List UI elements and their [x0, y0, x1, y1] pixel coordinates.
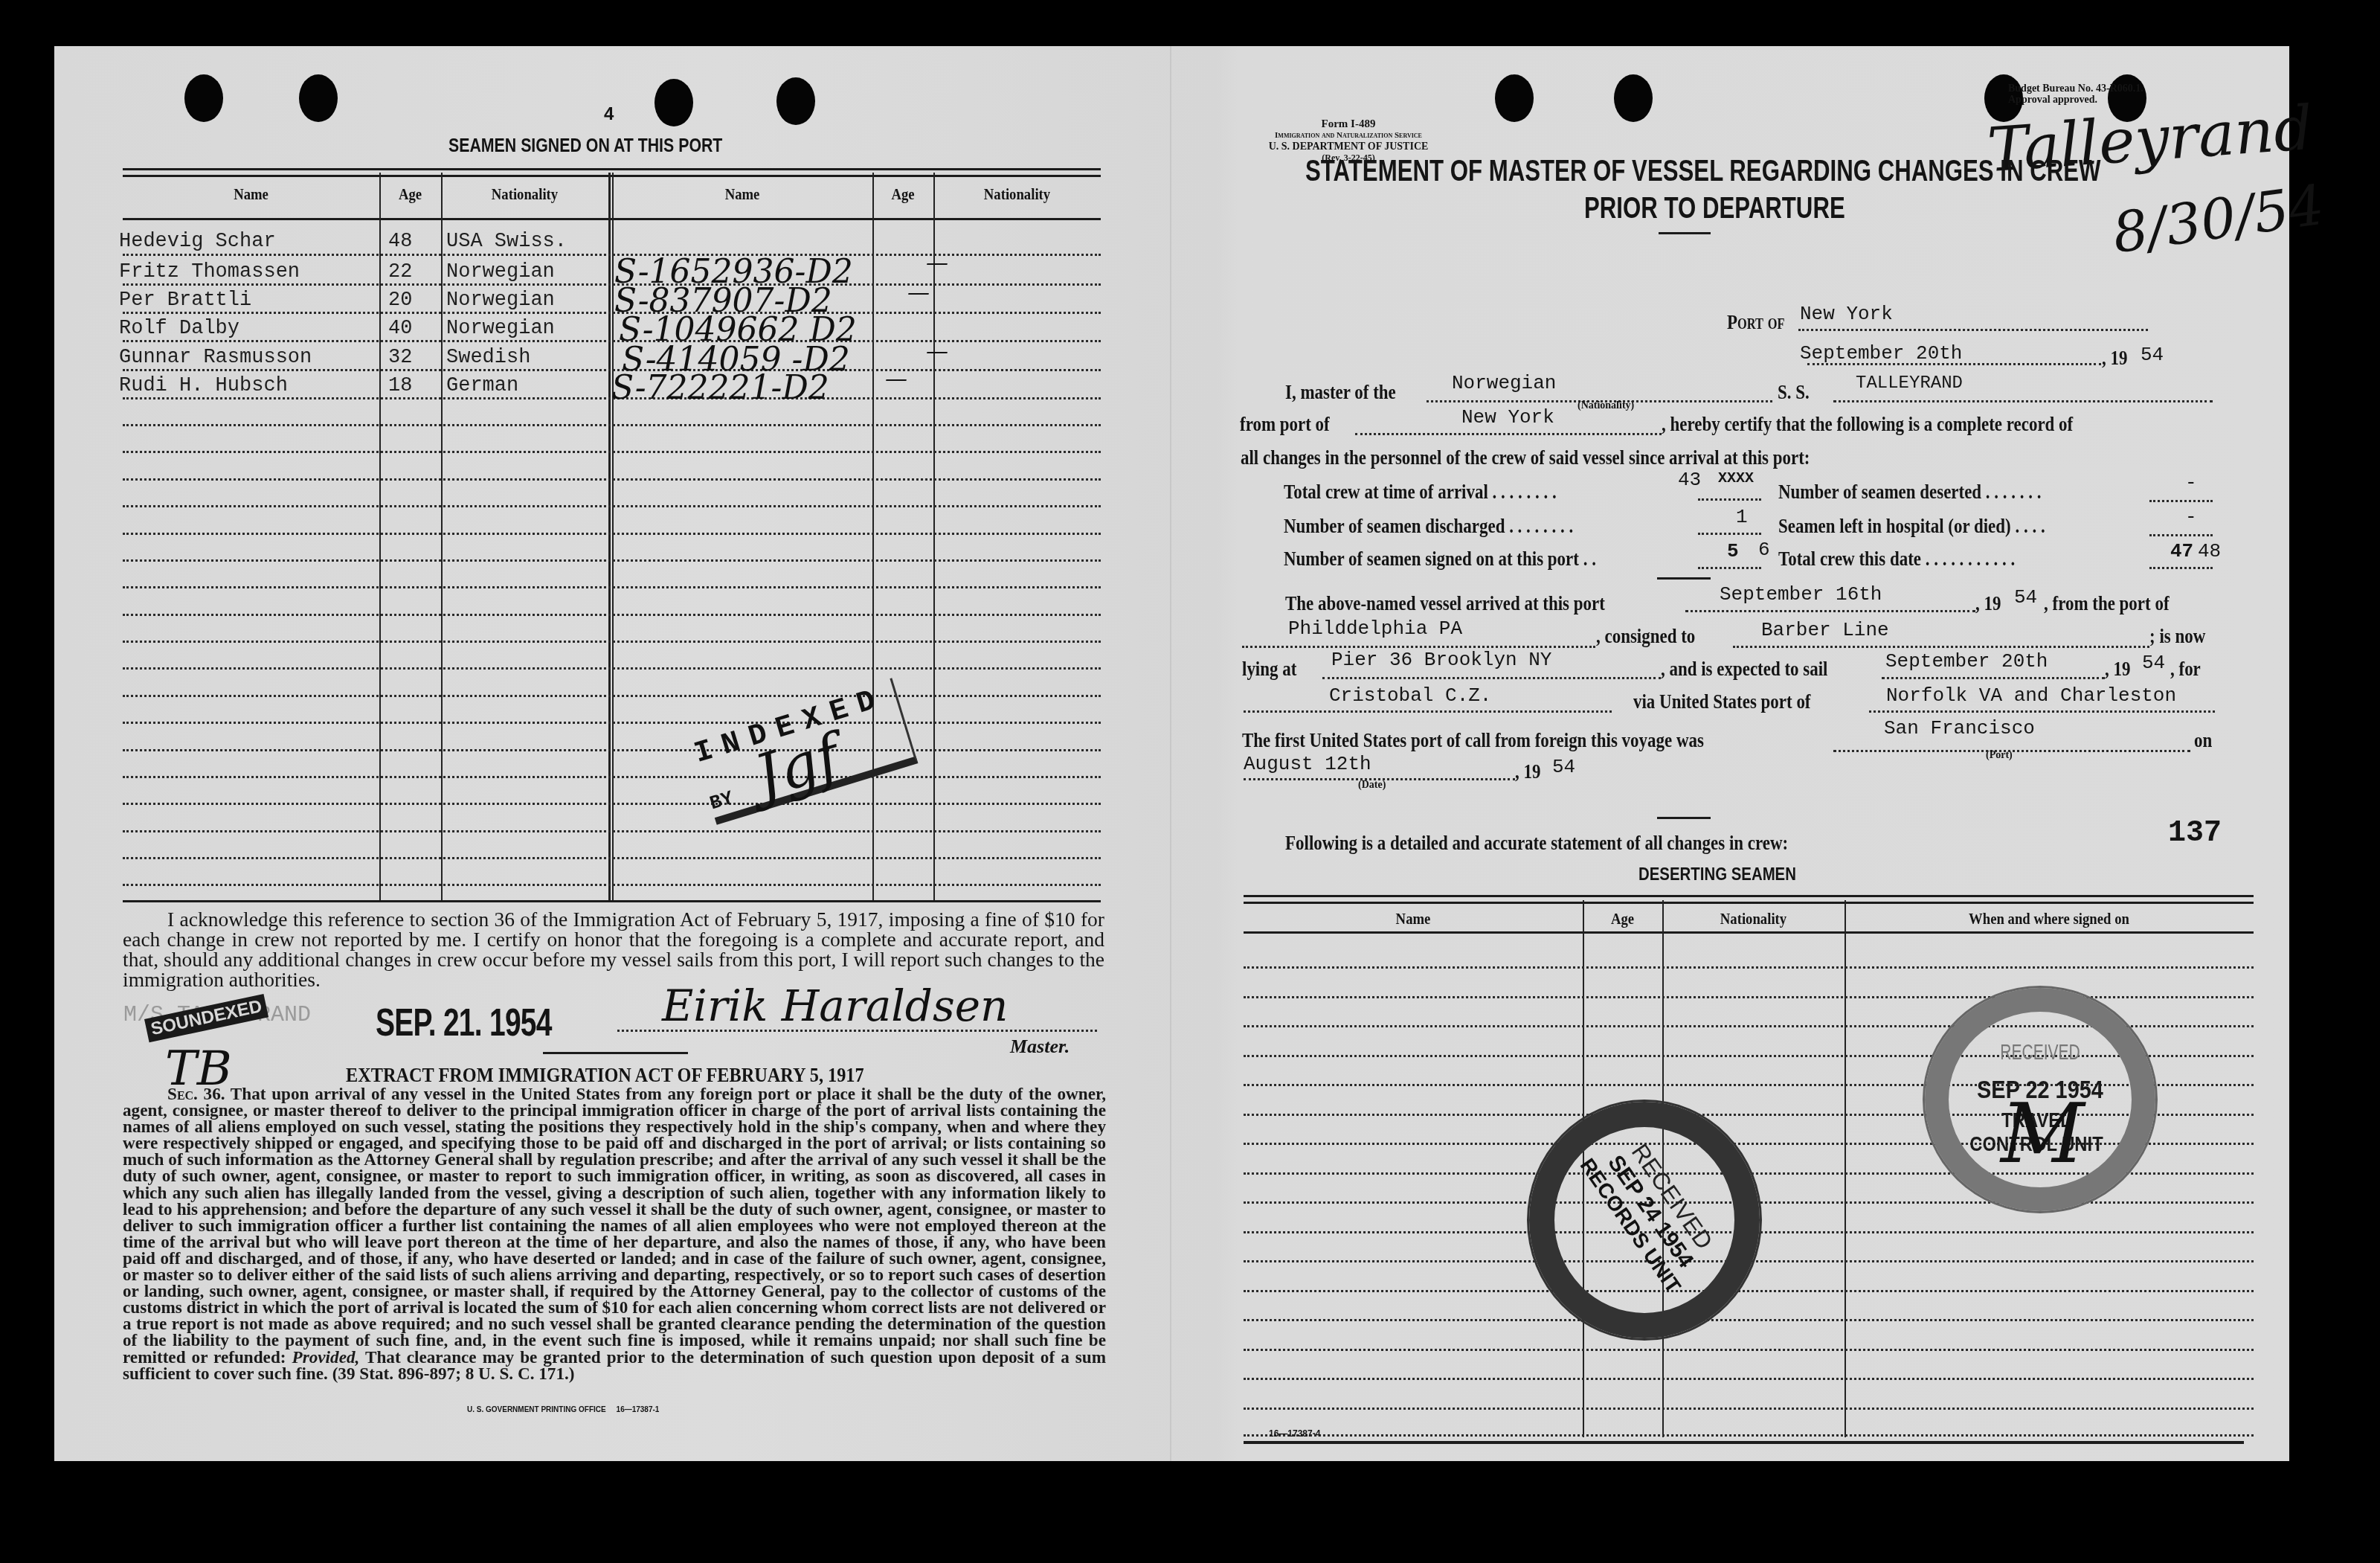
seaman-age: 20	[388, 289, 412, 312]
destination: Cristobal C.Z.	[1329, 684, 1491, 707]
consignee-field	[1733, 646, 2149, 648]
seaman-nationality: Norwegian	[446, 261, 555, 283]
first-port-value: San Francisco	[1884, 717, 2035, 739]
seaman-nationality: Norwegian	[446, 289, 555, 312]
page-fold	[1170, 46, 1171, 1461]
punch-hole	[184, 74, 223, 122]
port-field	[1798, 329, 2148, 331]
seaman-nationality: Norwegian	[446, 318, 555, 340]
column-header-signed-on: When and where signed on	[1875, 909, 2223, 928]
lying-at-label: lying at	[1242, 658, 1296, 681]
ship-name: TALLEYRAND	[1856, 373, 1963, 394]
form-title: STATEMENT OF MASTER OF VESSEL REGARDING …	[1305, 155, 2101, 188]
seaman-name: Hedevig Schar	[119, 231, 276, 253]
vessel-nationality: Norwegian	[1452, 372, 1556, 394]
via-label: via United States port of	[1633, 690, 1811, 714]
statement-date-field	[1807, 363, 2101, 365]
sail-year: 54	[2142, 652, 2165, 674]
discharged-count-field	[1698, 533, 1761, 535]
agency-name: Immigration and Naturalization Service	[1241, 130, 1456, 141]
check-mark-icon: —	[885, 366, 907, 392]
column-header-age: Age	[1589, 909, 1656, 928]
from-port-label: from port of	[1240, 413, 1330, 437]
seaman-age: 32	[388, 347, 412, 369]
seaman-age: 18	[388, 375, 412, 397]
punch-hole	[776, 77, 815, 125]
seaman-nationality: Swedish	[446, 347, 530, 369]
port-label: Port of	[1727, 311, 1785, 335]
master-label: Master.	[1010, 1036, 1070, 1058]
origin-port-field	[1242, 646, 1595, 648]
column-header-name-2: Name	[631, 184, 853, 204]
printer-line: U. S. GOVERNMENT PRINTING OFFICE 16—1738…	[467, 1406, 659, 1414]
arrival-year: 54	[2014, 586, 2037, 609]
seaman-nationality: USA Swiss.	[446, 231, 567, 253]
signed-on-count: 6	[1758, 539, 1770, 561]
deserted-count-label: Number of seamen deserted . . . . . . .	[1778, 481, 2041, 504]
via-port-field	[1869, 710, 2215, 713]
total-count-field	[2149, 567, 2213, 569]
destination-field	[1244, 710, 1612, 713]
total-count: 48	[2198, 540, 2221, 562]
column-header-name: Name	[142, 184, 360, 204]
column-header-name: Name	[1269, 909, 1557, 928]
punch-hole	[1614, 74, 1653, 122]
sail-year-prefix: , 19	[2105, 658, 2130, 681]
from-port-field	[1355, 433, 1662, 435]
seaman-name: Fritz Thomassen	[119, 261, 300, 283]
department-name: U. S. DEPARTMENT OF JUSTICE	[1241, 141, 1456, 153]
is-now-label: ; is now	[2149, 625, 2205, 649]
divider	[1659, 232, 1711, 234]
master-signature: Eirik Haraldsen	[662, 981, 1008, 1031]
nationality-caption: (Nationality)	[1577, 400, 1634, 412]
certify-text: , hereby certify that the following is a…	[1662, 413, 2073, 437]
divider	[1657, 577, 1711, 580]
sail-date: September 20th	[1885, 650, 2048, 673]
column-header-nationality: Nationality	[454, 184, 596, 204]
signed-on-count-struck: 5	[1727, 540, 1739, 562]
lying-at-value: Pier 36 Brooklyn NY	[1331, 649, 1551, 671]
ss-label: S. S.	[1778, 381, 1810, 405]
via-port: Norfolk VA and Charleston	[1886, 684, 2176, 707]
acknowledgement-text: I acknowledge this reference to section …	[123, 909, 1104, 989]
signature-line	[617, 1030, 1097, 1032]
total-count-label: Total crew this date . . . . . . . . . .…	[1778, 548, 2015, 571]
hospital-count-field	[2149, 534, 2213, 536]
from-the-port-label: , from the port of	[2044, 592, 2170, 616]
port-caption: (Port)	[1986, 750, 2013, 762]
punch-hole	[299, 74, 338, 122]
reviewer-initials: M	[2001, 1086, 2085, 1181]
seaman-name: Per Brattli	[119, 289, 251, 312]
check-mark-icon: —	[926, 250, 948, 276]
statement-date: September 20th	[1800, 342, 1962, 365]
deserted-count: -	[2185, 472, 2197, 494]
first-year: 54	[1552, 756, 1575, 778]
column-header-nationality-2: Nationality	[946, 184, 1088, 204]
arrival-year-prefix: , 19	[1975, 592, 2001, 616]
hospital-count: -	[2185, 506, 2197, 528]
arrival-date: September 16th	[1720, 583, 1882, 606]
punch-hole	[1495, 74, 1534, 122]
signed-on-count-label: Number of seamen signed on at this port …	[1284, 548, 1596, 571]
seaman-nationality: German	[446, 375, 518, 397]
total-count-struck: 47	[2170, 540, 2193, 562]
extract-text: Sec. 36. That upon arrival of any vessel…	[123, 1086, 1106, 1382]
discharged-count-label: Number of seamen discharged . . . . . . …	[1284, 515, 1573, 539]
first-port-label: The first United States port of call fro…	[1242, 729, 1704, 753]
form-number: Form I-489	[1241, 119, 1456, 130]
seaman-age: 48	[388, 231, 412, 253]
seaman-document-number: S-722221-D2	[611, 369, 829, 407]
for-label: , for	[2170, 658, 2201, 681]
sail-date-field	[1882, 677, 2105, 679]
page-stamp-number: 137	[2168, 817, 2222, 850]
page-number: 4	[604, 104, 614, 125]
hospital-count-label: Seamen left in hospital (or died) . . . …	[1778, 515, 2045, 539]
master-of-label: I, master of the	[1285, 381, 1396, 405]
certify-text-2: all changes in the personnel of the crew…	[1241, 446, 1810, 470]
statement-year: 54	[2141, 344, 2164, 366]
on-label: on	[2194, 729, 2212, 753]
ship-name-field	[1833, 400, 2213, 402]
seaman-age: 22	[388, 261, 412, 283]
year-prefix: , 19	[2102, 347, 2127, 370]
seaman-name: Rudi H. Hubsch	[119, 375, 288, 397]
budget-bureau: Budget Bureau No. 43-R060.1. Approval ap…	[2008, 83, 2143, 106]
deserting-seamen-title: DESERTING SEAMEN	[1638, 864, 1796, 885]
seaman-age: 40	[388, 318, 412, 340]
discharged-count: 1	[1736, 506, 1748, 528]
arrival-count-field	[1698, 498, 1761, 501]
first-port-date: August 12th	[1244, 753, 1371, 775]
signed-on-section-title: SEAMEN SIGNED ON AT THIS PORT	[448, 134, 722, 157]
check-mark-icon: —	[907, 280, 930, 306]
column-header-nationality: Nationality	[1676, 909, 1830, 928]
arrival-count: 43	[1678, 469, 1701, 491]
column-header-age: Age	[384, 184, 437, 204]
seaman-name: Gunnar Rasmusson	[119, 347, 312, 369]
arrival-date-field	[1685, 610, 1975, 612]
date-caption: (Date)	[1358, 780, 1386, 792]
from-port-value: New York	[1461, 406, 1554, 429]
records-unit-received-stamp: RECEIVED SEP 24 1954 RECORDS UNIT	[1527, 1100, 1762, 1341]
origin-port: Philddelphia PA	[1288, 617, 1462, 640]
following-text: Following is a detailed and accurate sta…	[1285, 832, 1788, 856]
consigned-label: , consigned to	[1596, 625, 1695, 649]
punch-hole	[654, 79, 693, 126]
seaman-name: Rolf Dalby	[119, 318, 239, 340]
deserted-count-field	[2149, 500, 2213, 502]
lying-at-field	[1322, 677, 1661, 679]
sail-label: , and is expected to sail	[1661, 658, 1828, 681]
arrival-count-struck: XXXX	[1718, 470, 1754, 487]
signed-date-stamp: SEP. 21. 1954	[376, 1001, 552, 1045]
consignee: Barber Line	[1761, 619, 1889, 641]
arrival-count-label: Total crew at time of arrival . . . . . …	[1284, 481, 1557, 504]
port-value: New York	[1800, 303, 1893, 325]
check-mark-icon: —	[926, 338, 948, 365]
signed-on-count-field	[1698, 567, 1761, 569]
divider	[1657, 817, 1711, 819]
printer-code: 16—17387-4	[1269, 1428, 1320, 1439]
form-subtitle: PRIOR TO DEPARTURE	[1584, 192, 1845, 225]
arrived-label: The above-named vessel arrived at this p…	[1285, 592, 1605, 616]
first-year-prefix: , 19	[1515, 760, 1540, 784]
extract-title: EXTRACT FROM IMMIGRATION ACT OF FEBRUARY…	[346, 1064, 864, 1087]
column-header-age-2: Age	[877, 184, 929, 204]
divider	[543, 1052, 688, 1054]
